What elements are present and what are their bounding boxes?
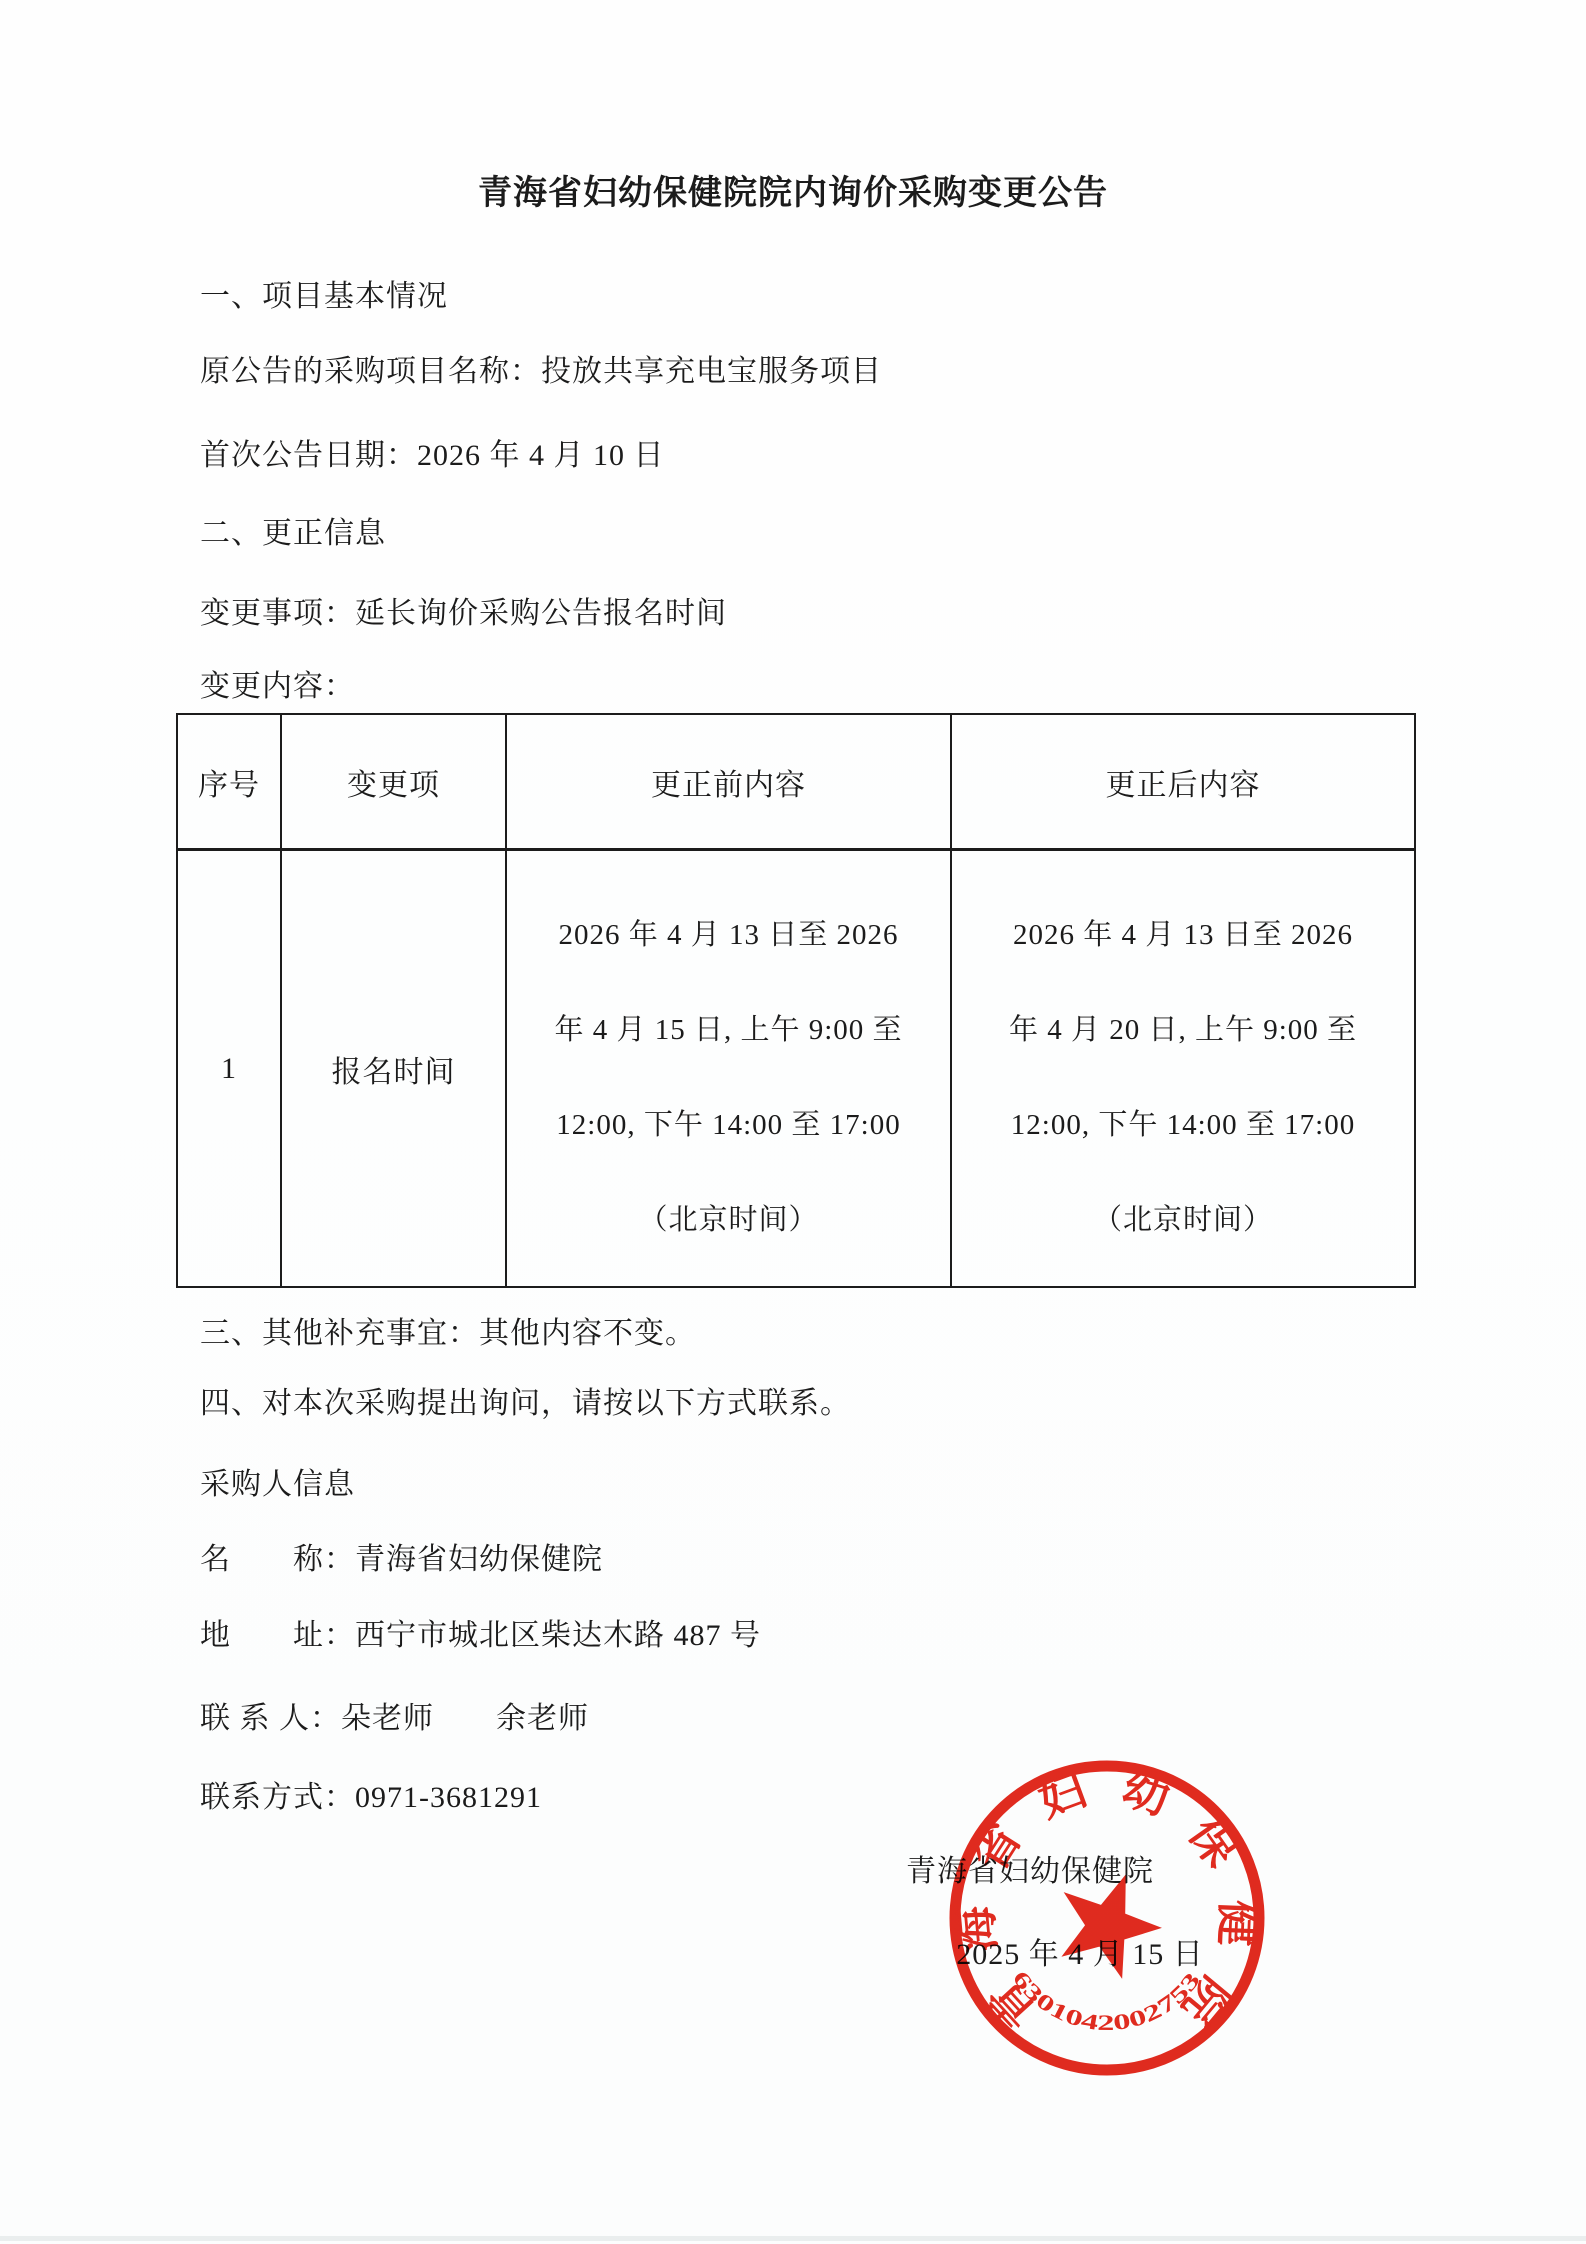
before-line: （北京时间）: [507, 1173, 950, 1268]
after-line: 2026 年 4 月 13 日至 2026: [952, 888, 1414, 983]
header-seq: 序号: [177, 714, 281, 850]
buyer-contact-line: 联 系 人：朵老师 余老师: [200, 1700, 589, 1738]
before-line: 2026 年 4 月 13 日至 2026: [507, 888, 950, 983]
table-header-row: 序号 变更项 更正前内容 更正后内容: [177, 714, 1415, 850]
cell-change-item: 报名时间: [281, 850, 506, 1288]
page-title: 青海省妇幼保健院院内询价采购变更公告: [0, 176, 1586, 210]
after-line: 12:00, 下午 14:00 至 17:00: [952, 1078, 1414, 1173]
before-line: 年 4 月 15 日, 上午 9:00 至: [507, 983, 950, 1078]
section3-line: 三、其他补充事宜：其他内容不变。: [200, 1315, 696, 1353]
official-seal-stamp: 青海省妇幼保健院 6301042002753: [937, 1748, 1277, 2088]
change-item-line: 变更事项：延长询价采购公告报名时间: [200, 595, 727, 633]
section2-heading: 二、更正信息: [200, 515, 386, 553]
after-line: （北京时间）: [952, 1173, 1414, 1268]
before-line: 12:00, 下午 14:00 至 17:00: [507, 1078, 950, 1173]
original-project-name: 原公告的采购项目名称：投放共享充电宝服务项目: [200, 353, 882, 391]
first-announcement-date: 首次公告日期：2026 年 4 月 10 日: [200, 437, 665, 475]
seal-number: 6301042002753: [1008, 1966, 1205, 2035]
after-line: 年 4 月 20 日, 上午 9:00 至: [952, 983, 1414, 1078]
buyer-info-heading: 采购人信息: [200, 1466, 355, 1504]
change-table: 序号 变更项 更正前内容 更正后内容 1 报名时间 2026 年 4 月 13 …: [176, 713, 1416, 1288]
header-change-item: 变更项: [281, 714, 506, 850]
cell-before-content: 2026 年 4 月 13 日至 2026 年 4 月 15 日, 上午 9:0…: [506, 850, 951, 1288]
buyer-phone-line: 联系方式：0971-3681291: [200, 1779, 542, 1817]
section4-line: 四、对本次采购提出询问，请按以下方式联系。: [200, 1385, 851, 1423]
buyer-address-line: 地 址：西宁市城北区柴达木路 487 号: [200, 1617, 761, 1655]
svg-text:6301042002753: 6301042002753: [1008, 1966, 1205, 2035]
seal-star-icon: [1043, 1856, 1175, 1985]
table-row: 1 报名时间 2026 年 4 月 13 日至 2026 年 4 月 15 日,…: [177, 850, 1415, 1288]
buyer-name-line: 名 称：青海省妇幼保健院: [200, 1541, 603, 1579]
document-page: 青海省妇幼保健院院内询价采购变更公告 一、项目基本情况 原公告的采购项目名称：投…: [0, 0, 1586, 2244]
header-after: 更正后内容: [951, 714, 1415, 850]
cell-after-content: 2026 年 4 月 13 日至 2026 年 4 月 20 日, 上午 9:0…: [951, 850, 1415, 1288]
page-bottom-edge: [0, 2236, 1586, 2241]
section1-heading: 一、项目基本情况: [200, 278, 448, 316]
change-content-label: 变更内容：: [200, 668, 355, 706]
header-before: 更正前内容: [506, 714, 951, 850]
cell-seq: 1: [177, 850, 281, 1288]
